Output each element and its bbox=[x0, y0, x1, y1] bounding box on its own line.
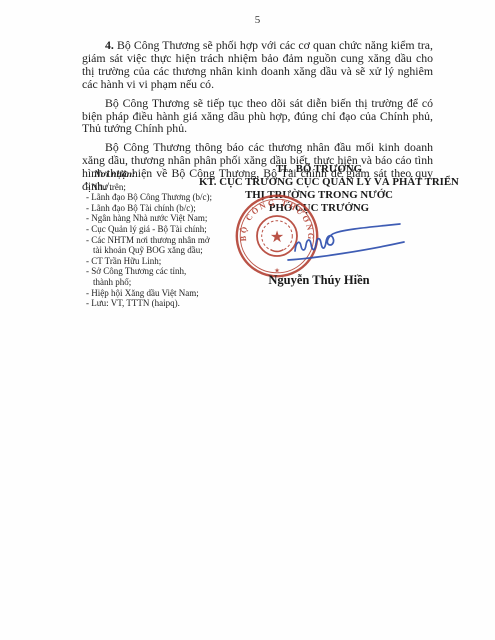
document-page: 5 4. Bộ Công Thương sẽ phối hợp với các … bbox=[0, 0, 495, 640]
body-paragraph-1: 4. Bộ Công Thương sẽ phối hợp với các cơ… bbox=[82, 39, 433, 91]
page-number: 5 bbox=[82, 14, 433, 26]
recipient-item: - CT Trần Hữu Linh; bbox=[86, 256, 236, 267]
signature-title-line: TL. BỘ TRƯỞNG bbox=[199, 163, 439, 176]
recipient-item: - Cục Quản lý giá - Bộ Tài chính; bbox=[86, 224, 236, 235]
recipient-item: - Các NHTM nơi thương nhân mở tài khoản … bbox=[86, 235, 236, 256]
body-paragraph-2: Bộ Công Thương sẽ tiếp tục theo dõi sát … bbox=[82, 97, 433, 136]
signature-title-line: KT. CỤC TRƯỞNG CỤC QUẢN LÝ VÀ PHÁT TRIỂN bbox=[199, 176, 439, 189]
emblem-gear bbox=[271, 250, 284, 252]
handwritten-signature bbox=[283, 213, 408, 265]
paragraph-number: 4. bbox=[105, 38, 114, 52]
recipient-item: - Lưu: VT, TTTN (haipq). bbox=[86, 298, 236, 309]
signature-strokes bbox=[288, 224, 404, 260]
recipient-item: - Hiệp hội Xăng dầu Việt Nam; bbox=[86, 288, 236, 299]
signer-name: Nguyễn Thúy Hiền bbox=[199, 273, 439, 288]
paragraph-text: Bộ Công Thương sẽ phối hợp với các cơ qu… bbox=[82, 38, 433, 91]
